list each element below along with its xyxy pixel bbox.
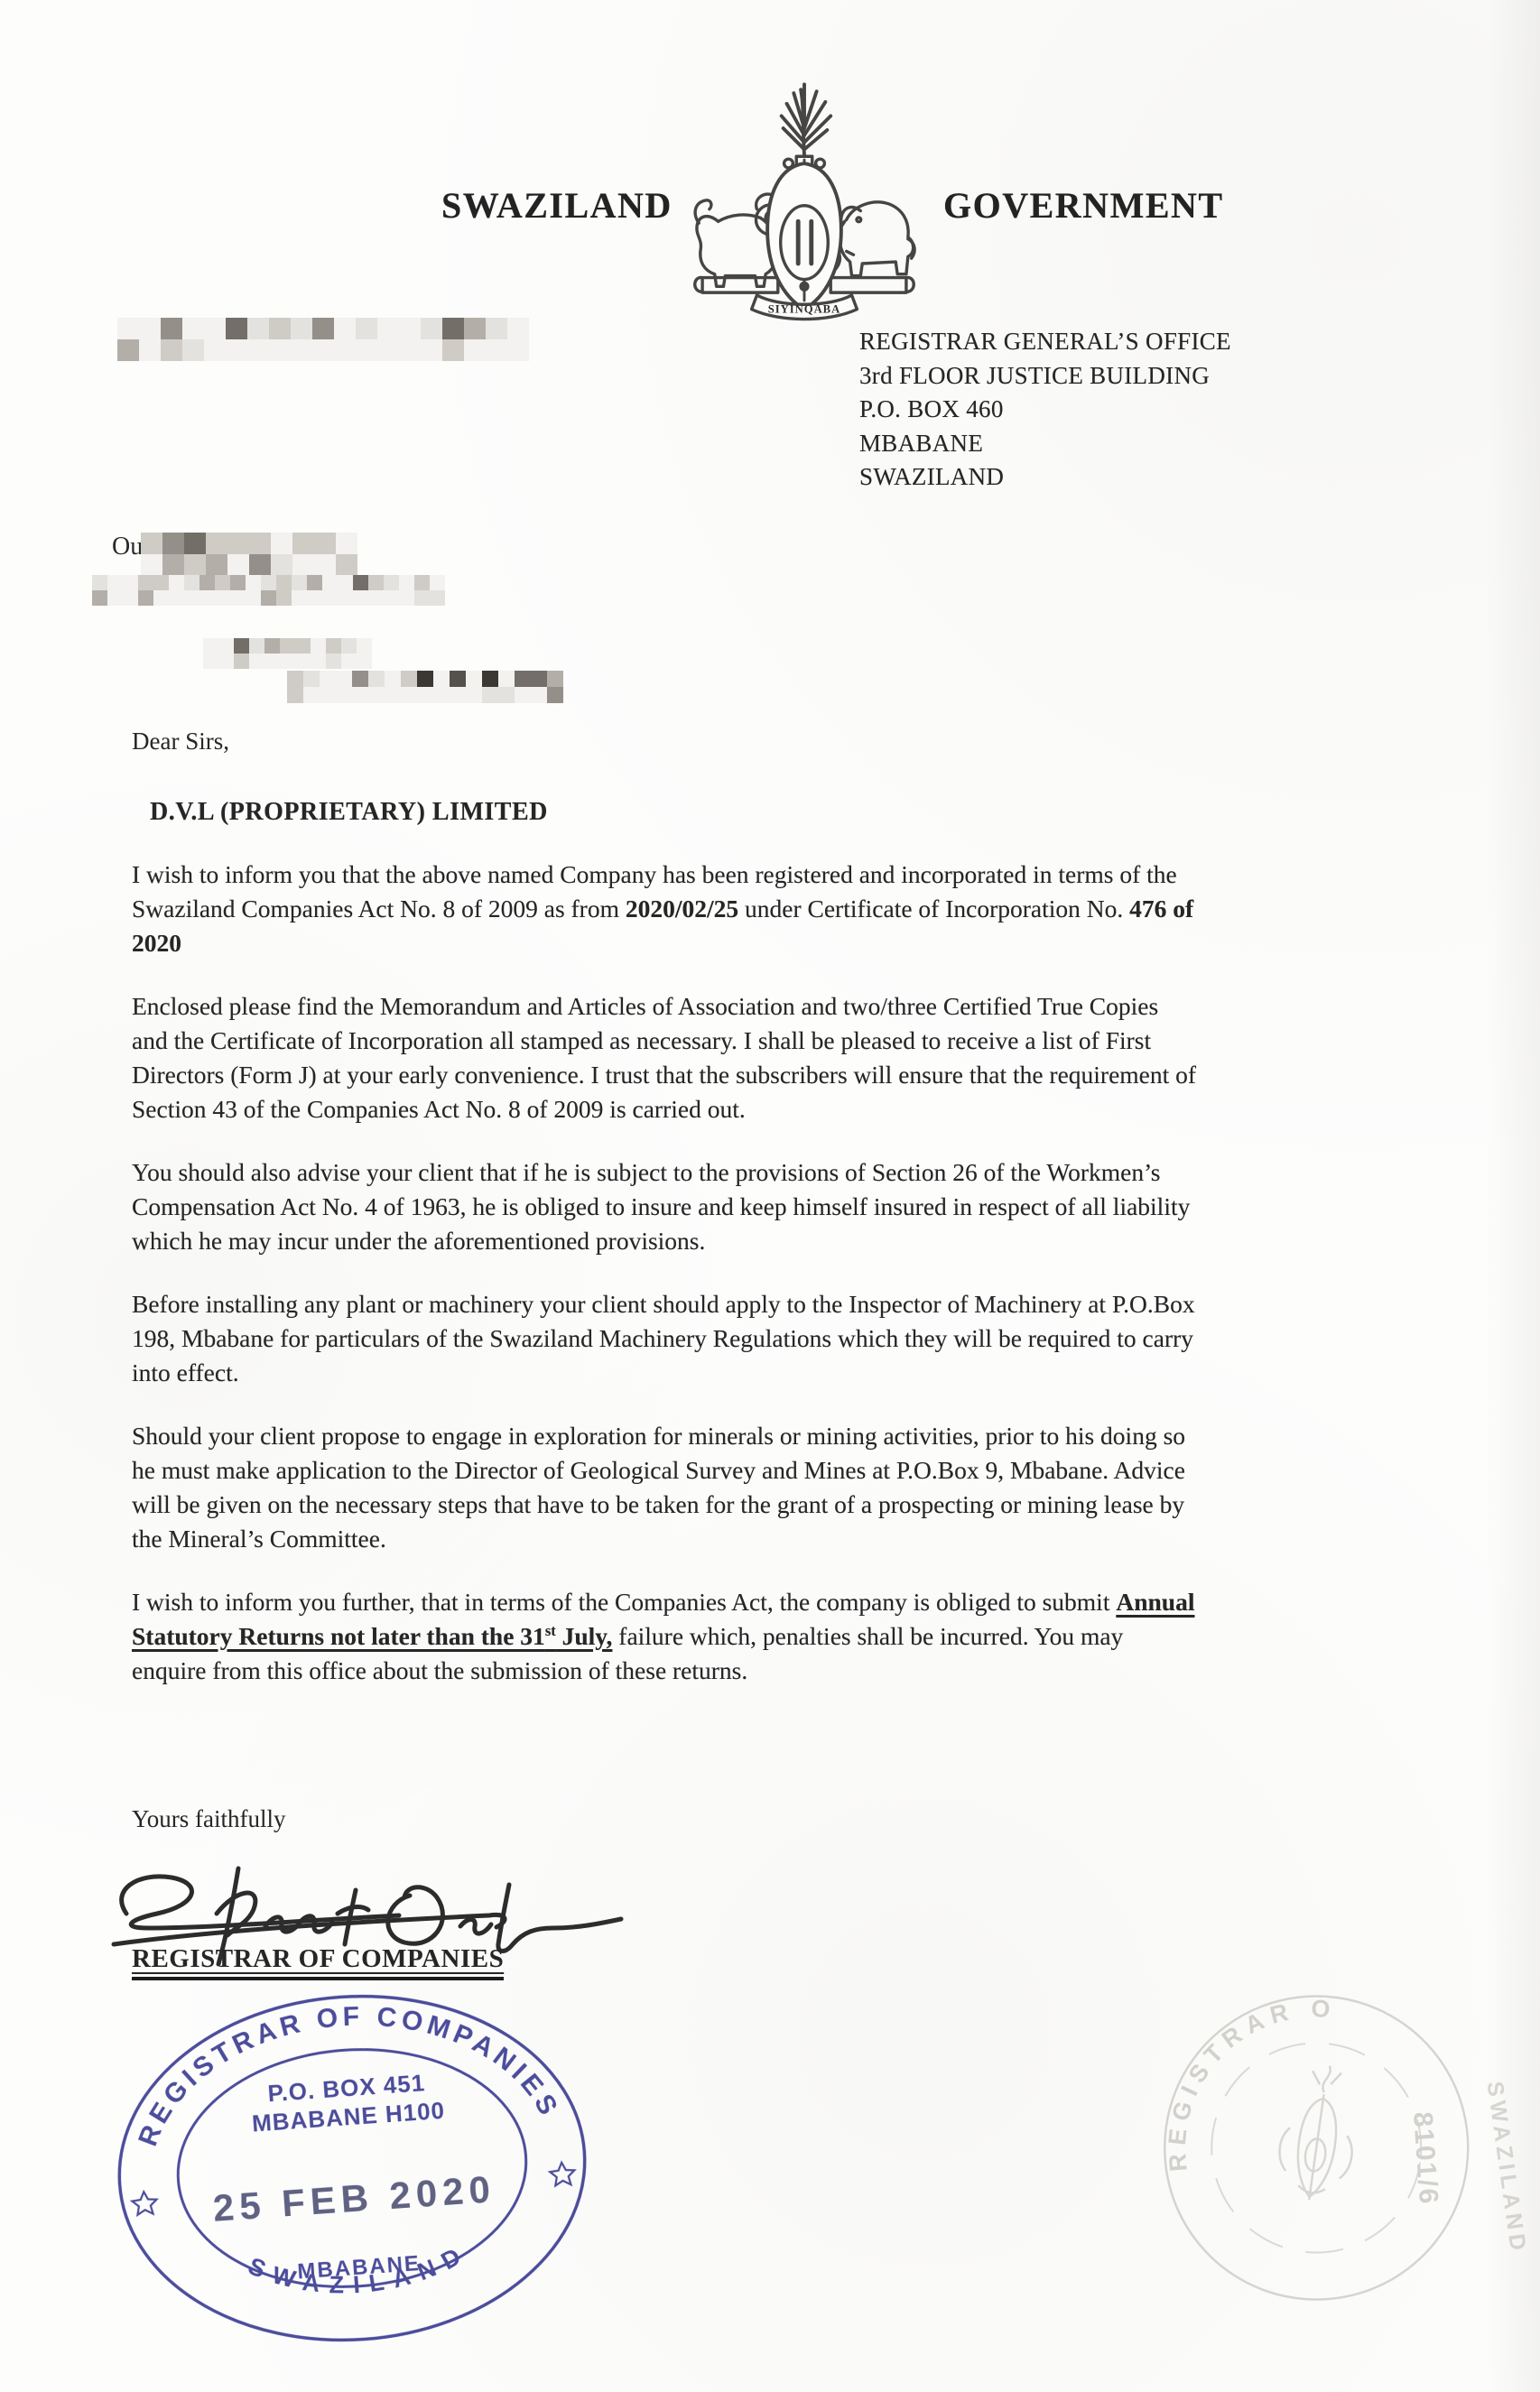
office-address-block: REGISTRAR GENERAL’S OFFICE3rd FLOOR JUST… (859, 325, 1231, 495)
round-stamp-ring-text: REGISTRAR OF COMPANIES - (1118, 1931, 1349, 2193)
letterhead-government: GOVERNMENT (943, 184, 1224, 227)
recipient-visible-prefix: Ou (112, 533, 143, 561)
round-stamp-side-country: SWAZILAND (1482, 2080, 1532, 2257)
redacted-sender-line (117, 318, 529, 361)
redacted-recipient-line-4 (287, 671, 563, 703)
salutation: Dear Sirs, (132, 728, 229, 756)
valediction: Yours faithfully (132, 1805, 286, 1833)
stamp-date: 25 FEB 2020 (211, 2167, 496, 2230)
coat-of-arms: SIYINQABA (673, 77, 936, 319)
paragraph-1: I wish to inform you that the above name… (132, 858, 1477, 960)
round-stamp-emblem (1273, 2061, 1363, 2205)
elephant-icon (834, 202, 914, 276)
paragraph-3: You should also advise your client that … (132, 1155, 1477, 1258)
subject-line: D.V.L (PROPRIETARY) LIMITED (150, 798, 548, 827)
letter-body: I wish to inform you that the above name… (132, 858, 1477, 1717)
paragraph-2: Enclosed please find the Memorandum and … (132, 989, 1477, 1126)
round-stamp-side-code: 8101/6 (1407, 2111, 1443, 2207)
redacted-recipient-line-2 (92, 575, 445, 606)
emblem-motto: SIYINQABA (768, 303, 840, 316)
svg-text:REGISTRAR OF COMPANIES -: REGISTRAR OF COMPANIES - (1118, 1931, 1349, 2193)
scanned-letter-page: SWAZILAND (0, 0, 1540, 2392)
paragraph-4: Before installing any plant or machinery… (132, 1287, 1477, 1390)
plume-icon (782, 84, 831, 154)
signatory-title: REGISTRAR OF COMPANIES (132, 1944, 504, 1980)
paragraph-5: Should your client propose to engage in … (132, 1419, 1477, 1556)
faint-round-stamp: REGISTRAR OF COMPANIES - 8101/6 SWAZILAN… (1110, 1931, 1540, 2371)
paragraph-6: I wish to inform you further, that in te… (132, 1585, 1477, 1688)
oval-ink-stamp: REGISTRAR OF COMPANIES SWAZILAND P.O. BO… (92, 1967, 611, 2369)
redacted-recipient-line-1 (141, 533, 357, 576)
redacted-recipient-line-3 (203, 638, 372, 669)
letterhead-country: SWAZILAND (441, 184, 673, 227)
